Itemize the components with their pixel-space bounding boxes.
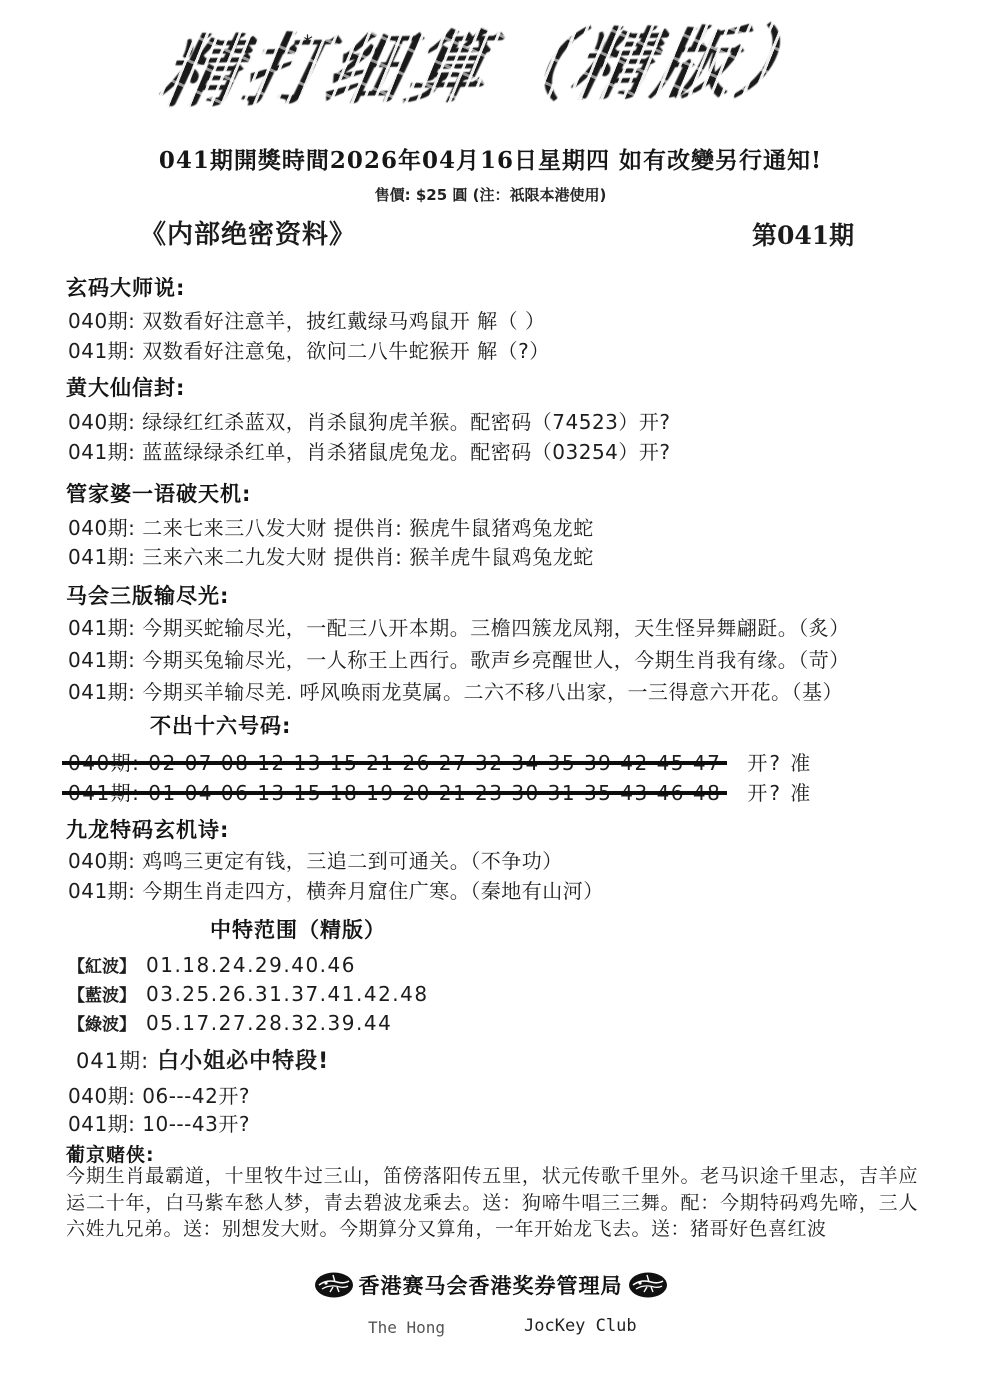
row-suffix: 开? 准 xyxy=(747,781,812,805)
tip-line: 041期: 蓝蓝绿绿杀红单，肖杀猪鼠虎兔龙。配密码（03254）开? xyxy=(68,437,671,467)
issue-number: 第041期 xyxy=(752,216,854,252)
wave-numbers: 03.25.26.31.37.41.42.48 xyxy=(146,982,429,1006)
section-heading-xuanma: 玄码大师说: xyxy=(66,272,185,302)
section-xuanma-lines: 040期: 双数看好注意羊，披红戴绿马鸡鼠开 解（ ） 041期: 双数看好注意… xyxy=(68,306,550,366)
wave-row-blue: 【藍波】03.25.26.31.37.41.42.48 xyxy=(68,981,429,1010)
tip-line: 041期: 今期买蛇输尽光，一配三八开本期。三檐四簇龙凤翔，天生怪异舞翩跹。（炙… xyxy=(68,612,850,644)
wave-row-green: 【綠波】05.17.27.28.32.39.44 xyxy=(68,1010,429,1039)
price-line: 售價: $25 圓 (注：祇限本港使用) xyxy=(0,184,981,205)
tip-line: 041期: 双数看好注意兔，欲问二八牛蛇猴开 解（?） xyxy=(68,336,550,366)
struck-number-row: 040期: 02 07 08 12 13 15 21 26 27 32 34 3… xyxy=(68,748,812,778)
tip-line: 041期: 今期生肖走四方，横奔月窟住广寒。（秦地有山河） xyxy=(68,876,604,906)
struck-number-row: 041期: 01 04 06 13 15 18 19 20 21 23 30 3… xyxy=(68,778,812,808)
section-guanjiapo-lines: 040期: 二来七来三八发大财 提供肖: 猴虎牛鼠猪鸡兔龙蛇 041期: 三来六… xyxy=(68,514,594,572)
wave-label: 【紅波】 xyxy=(68,957,136,977)
wave-label: 【綠波】 xyxy=(68,1015,136,1035)
row-suffix: 开? 准 xyxy=(747,751,812,775)
tip-line: 041期: 10---43开? xyxy=(68,1110,250,1138)
tip-line: 040期: 鸡鸣三更定有钱，三追二到可通关。（不争功） xyxy=(68,846,604,876)
tip-line: 040期: 绿绿红红杀蓝双，肖杀鼠狗虎羊猴。配密码（74523）开? xyxy=(68,407,671,437)
section-jiulong-lines: 040期: 鸡鸣三更定有钱，三追二到可通关。（不争功） 041期: 今期生肖走四… xyxy=(68,846,604,906)
section-heading-mahui: 马会三版输尽光: xyxy=(66,580,229,610)
section-heading-guanjiapo: 管家婆一语破天机: xyxy=(66,478,251,508)
baixiaojie-prefix: 041期: xyxy=(76,1049,149,1073)
footer-org-name: 香港赛马会香港奖券管理局 xyxy=(359,1270,623,1300)
masthead-title: 精打细算（精版） xyxy=(120,14,860,134)
section-heading-baixiaojie: 041期:白小姐必中特段! xyxy=(76,1044,329,1075)
section-heading-zhongte: 中特范围（精版） xyxy=(210,914,386,944)
footer-en-right: JocKey Club xyxy=(524,1316,637,1336)
struck-numbers: 041期: 01 04 06 13 15 18 19 20 21 23 30 3… xyxy=(68,778,721,808)
tip-line: 040期: 二来七来三八发大财 提供肖: 猴虎牛鼠猪鸡兔龙蛇 xyxy=(68,514,594,543)
section-huangdaxian-lines: 040期: 绿绿红红杀蓝双，肖杀鼠狗虎羊猴。配密码（74523）开? 041期:… xyxy=(68,407,671,467)
tip-line: 040期: 双数看好注意羊，披红戴绿马鸡鼠开 解（ ） xyxy=(68,306,550,336)
hkjc-logo-icon xyxy=(627,1270,669,1300)
section-heading-huangdaxian: 黄大仙信封: xyxy=(66,372,185,402)
tip-line: 041期: 今期买兔输尽光，一人称王上西行。歌声乡亮醒世人，今期生肖我有缘。（苛… xyxy=(68,644,850,676)
section-buchu-rows: 040期: 02 07 08 12 13 15 21 26 27 32 34 3… xyxy=(68,748,812,808)
footer-org-row: 香港赛马会香港奖券管理局 xyxy=(0,1270,981,1300)
footer-en-left: The Hong xyxy=(368,1318,445,1337)
struck-numbers: 040期: 02 07 08 12 13 15 21 26 27 32 34 3… xyxy=(68,748,721,778)
draw-date-line: 041期開獎時間2026年04月16日星期四 如有改變另行通知! xyxy=(0,142,981,175)
masthead: 精打细算（精版） * xyxy=(120,14,860,138)
wave-numbers: 01.18.24.29.40.46 xyxy=(146,953,356,977)
baixiaojie-title: 白小姐必中特段! xyxy=(157,1049,329,1074)
strikethrough-bar xyxy=(62,761,727,765)
strikethrough-bar xyxy=(62,791,727,795)
section-heading-jiulong: 九龙特码玄机诗: xyxy=(66,814,229,844)
tip-line: 040期: 06---42开? xyxy=(68,1082,250,1110)
section-zhongte-waves: 【紅波】01.18.24.29.40.46 【藍波】03.25.26.31.37… xyxy=(68,952,429,1039)
hkjc-logo-icon xyxy=(313,1270,355,1300)
wave-label: 【藍波】 xyxy=(68,986,136,1006)
pujing-paragraph: 今期生肖最霸道，十里牧牛过三山，笛傍落阳传五里，状元传歌千里外。老马识途千里志，… xyxy=(66,1163,918,1243)
section-baixiaojie-lines: 040期: 06---42开? 041期: 10---43开? xyxy=(68,1082,250,1138)
wave-row-red: 【紅波】01.18.24.29.40.46 xyxy=(68,952,429,981)
section-mahui-lines: 041期: 今期买蛇输尽光，一配三八开本期。三檐四簇龙凤翔，天生怪异舞翩跹。（炙… xyxy=(68,612,850,708)
tip-line: 041期: 三来六来二九发大财 提供肖: 猴羊虎牛鼠鸡兔龙蛇 xyxy=(68,543,594,572)
doc-title: 《内部绝密资料》 xyxy=(140,214,356,251)
wave-numbers: 05.17.27.28.32.39.44 xyxy=(146,1011,392,1035)
tip-line: 041期: 今期买羊输尽羌. 呼风唤雨龙莫属。二六不移八出家，一三得意六开花。（… xyxy=(68,676,850,708)
star-mark: * xyxy=(302,32,313,57)
section-heading-buchu: 不出十六号码: xyxy=(150,710,291,740)
